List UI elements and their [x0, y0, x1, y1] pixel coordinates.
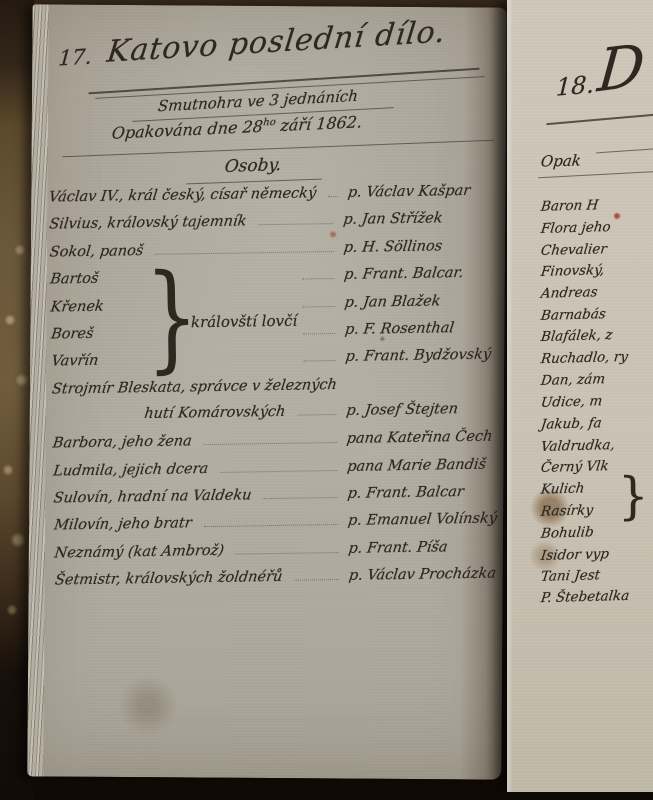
actor-name: pana Kateřina Čech	[346, 429, 498, 447]
actor-name: p. Frant. Bydžovský	[344, 347, 496, 365]
leader-dots	[220, 470, 337, 473]
leader-dots	[204, 524, 338, 527]
role-text: Milovín, jeho bratr	[53, 516, 193, 534]
leader-dots	[297, 414, 336, 416]
actor-name: p. Václav Kašpar	[347, 183, 494, 201]
manuscript-photo: 17. Katovo poslední dílo. Smutnohra ve 3…	[0, 0, 653, 800]
leader-dots	[294, 579, 339, 581]
role-text: Ludmila, jejich dcera	[52, 461, 209, 479]
actor-name: p. H. Söllinos	[343, 237, 495, 255]
leader-dots	[304, 360, 336, 362]
right-group-brace: }	[618, 467, 649, 526]
actor-name: p. Emanuel Volínský	[347, 511, 499, 529]
right-cast-fragment: Tani Jest	[540, 567, 601, 585]
role-text: Křenek	[50, 298, 144, 315]
right-cast-fragment: Udice, m	[540, 393, 603, 411]
right-cast-fragment: Kulich	[540, 480, 585, 497]
right-cast-fragment: Černý Vlk	[540, 458, 609, 476]
role-text: Sokol, panoš	[49, 243, 144, 261]
actor-name: p. F. Rosenthal	[344, 319, 496, 337]
role-text: Neznámý (kat Ambrož)	[54, 543, 225, 562]
actor-name: p. Frant. Balcar.	[343, 265, 495, 283]
role-text: Vavřín	[51, 352, 145, 369]
right-cast-fragment: Bohulib	[540, 524, 595, 541]
leader-dots	[328, 196, 338, 197]
cast-group: } královští lovčí Bartoš p. Frant. Balca…	[50, 265, 496, 382]
role-text: Šetmistr, královských žoldnéřů	[54, 569, 283, 589]
right-cast-fragment: Rasírky	[540, 502, 594, 519]
leader-dots	[258, 223, 333, 225]
date-suffix: září 1862.	[275, 112, 363, 135]
group-label: královští lovčí	[191, 312, 298, 332]
actor-name: p. Frant. Píša	[347, 538, 499, 556]
right-cast-fragment: Baron H	[540, 197, 599, 215]
right-cast-fragment: Dan, zám	[540, 371, 606, 389]
role-text: Sulovín, hradní na Valdeku	[53, 487, 253, 506]
leader-dots	[302, 278, 334, 280]
right-cast-fragment: Chevalier	[540, 241, 608, 259]
right-cast-fragment: Ruchadlo, ry	[540, 349, 629, 367]
role-text: Václav IV., král český, císař německý	[48, 185, 317, 205]
entry-number: 17.	[58, 44, 93, 70]
leader-dots	[204, 442, 337, 445]
role-text: Bartoš	[49, 270, 143, 287]
leader-dots	[303, 306, 335, 308]
right-title-fragment: D	[595, 31, 647, 106]
right-cast-fragment: Jakub, fa	[540, 415, 602, 433]
role-text: Barbora, jeho žena	[52, 433, 193, 451]
role-text: Silvius, královský tajemník	[48, 214, 247, 233]
right-cast-fragment: Flora jeho	[540, 219, 611, 237]
right-cast-fragment: Valdrudka,	[540, 437, 616, 455]
role-text: Boreš	[50, 325, 144, 342]
cast-row-twoline: Strojmír Bleskata, správce v železných h…	[52, 375, 497, 436]
right-cast-fragment: Barnabás	[540, 306, 607, 324]
leader-dots	[263, 497, 337, 499]
actor-name: pana Marie Bandiš	[346, 456, 498, 474]
right-cast-fragment: Blafálek, z	[540, 327, 613, 345]
actor-name: p. Václav Procházka	[348, 566, 500, 584]
actor-name: p. Jan Blažek	[344, 292, 496, 310]
right-cast-fragment: Finovský,	[540, 262, 605, 280]
right-cast-fragment: Andreas	[540, 284, 598, 302]
cast-list: Václav IV., král český, císař německý p.…	[49, 183, 499, 600]
right-entry-number: 18.	[555, 70, 595, 102]
right-cast-fragment: Isidor vyp	[540, 546, 610, 564]
leader-dots	[236, 552, 339, 555]
actor-name: p. Jan Střížek	[342, 210, 494, 228]
actor-name: p. Frant. Balcar	[347, 483, 499, 501]
role-text: hutí Komárovských	[143, 404, 286, 422]
role-text: Strojmír Bleskata, správce v železných	[51, 377, 338, 398]
right-cast-fragment: P. Štebetalka	[540, 588, 630, 606]
leader-dots	[303, 333, 335, 335]
actor-name: p. Josef Štejten	[345, 401, 497, 419]
right-date-fragment: Opak	[540, 151, 582, 170]
